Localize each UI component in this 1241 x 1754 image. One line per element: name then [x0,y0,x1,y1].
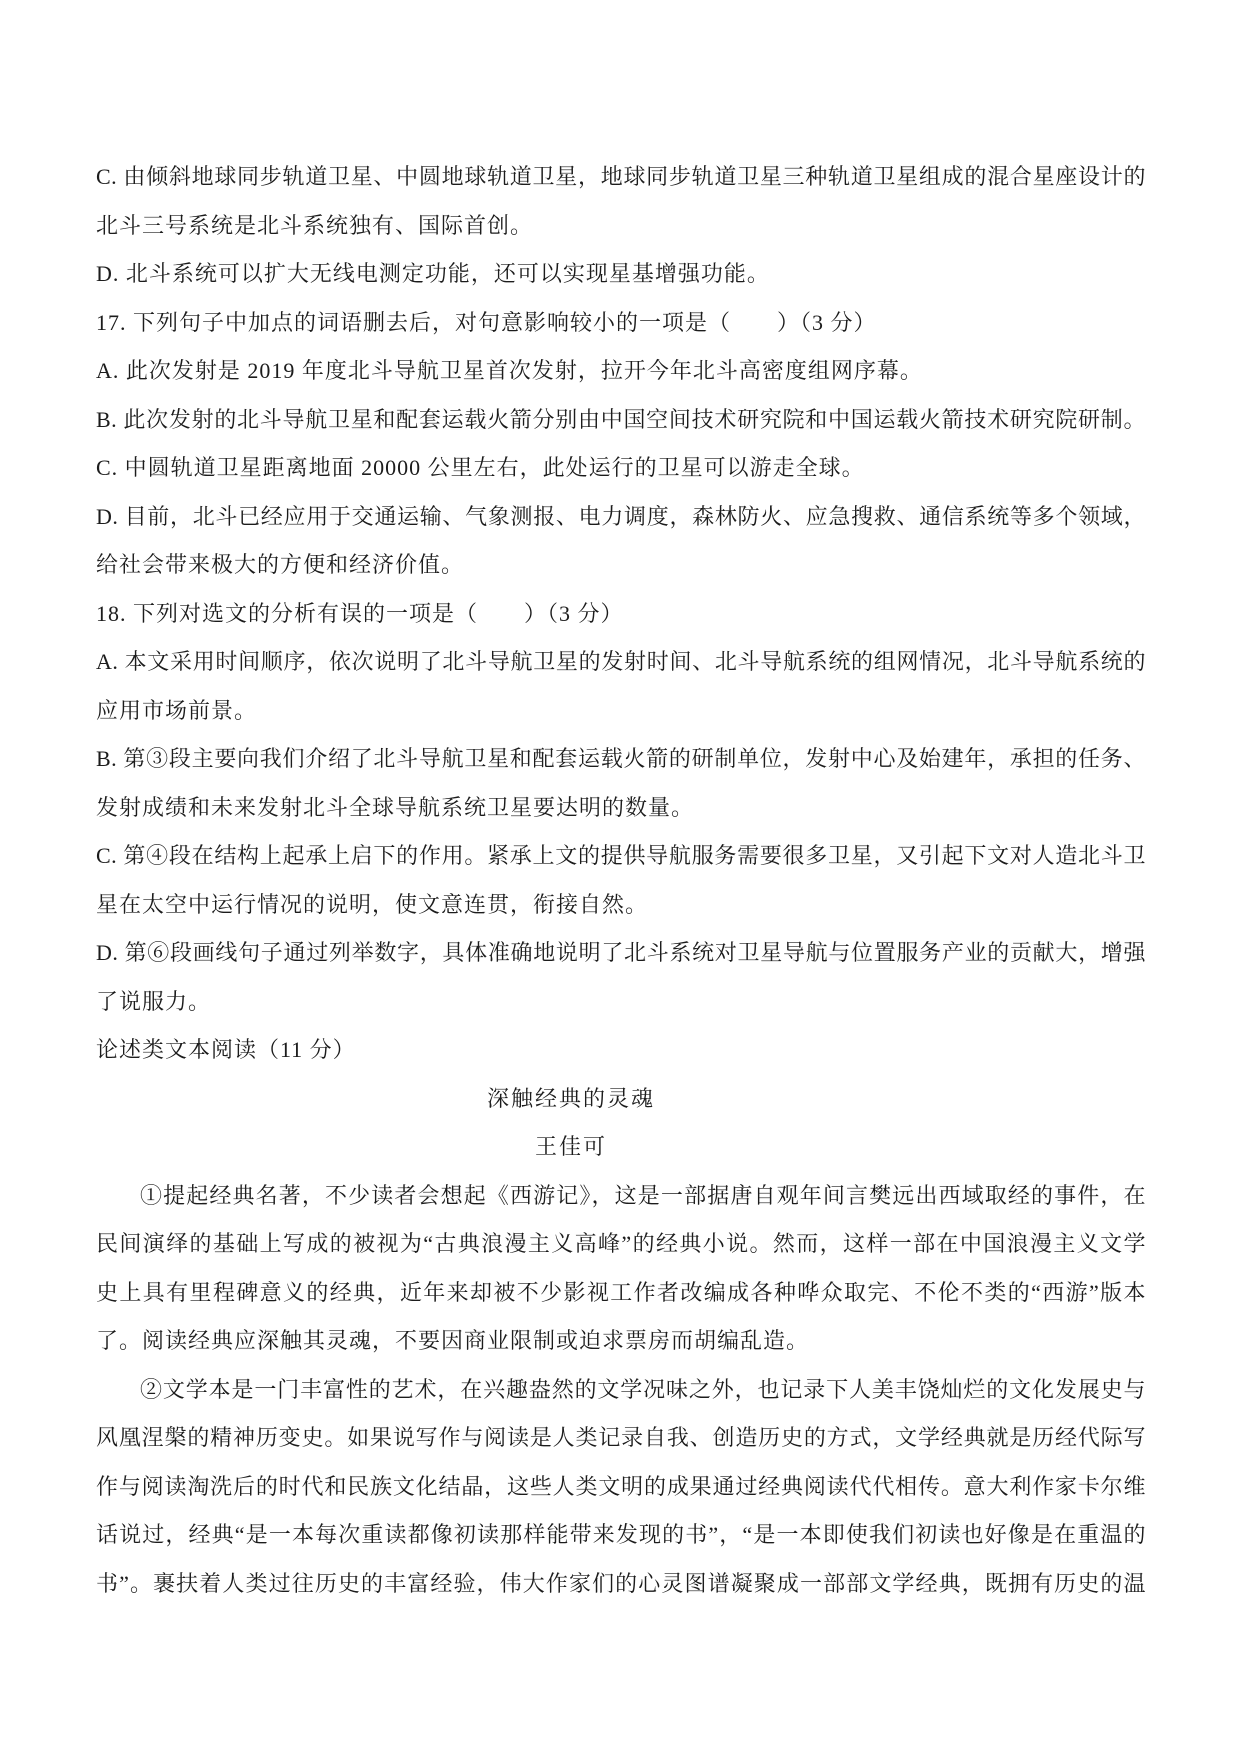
essay-para1-line-3: 史上具有里程碑意义的经典，近年来却被不少影视工作者改编成各种哗众取完、不伦不类的… [96,1269,1146,1318]
essay-para2-line-3: 作与阅读淘洗后的时代和民族文化结晶，这些人类文明的成果通过经典阅读代代相传。意大… [96,1463,1146,1512]
section-heading-essay-reading: 论述类文本阅读（11 分） [96,1026,1146,1075]
page-text-content: C. 由倾斜地球同步轨道卫星、中圆地球轨道卫星，地球同步轨道卫星三种轨道卫星组成… [96,153,1146,1608]
q17-option-a: A. 此次发射是 2019 年度北斗导航卫星首次发射，拉开今年北斗高密度组网序幕… [96,347,1146,396]
q18-option-a-line-1: A. 本文采用时间顺序，依次说明了北斗导航卫星的发射时间、北斗导航系统的组网情况… [96,638,1146,687]
question-17-stem: 17. 下列句子中加点的词语删去后，对句意影响较小的一项是（ ）（3 分） [96,299,1146,348]
q17-option-d-line-1: D. 目前，北斗已经应用于交通运输、气象测报、电力调度，森林防火、应急搜救、通信… [96,493,1146,542]
essay-title: 深触经典的灵魂 [96,1075,1146,1124]
essay-para2-line-2: 风凰涅槃的精神历变史。如果说写作与阅读是人类记录自我、创造历史的方式，文学经典就… [96,1414,1146,1463]
q18-option-a-line-2: 应用市场前景。 [96,687,1146,736]
essay-author: 王佳可 [96,1123,1146,1172]
essay-para2-line-1: ②文学本是一门丰富性的艺术，在兴趣盎然的文学况味之外，也记录下人美丰饶灿烂的文化… [96,1366,1146,1415]
question-18-stem: 18. 下列对选文的分析有误的一项是（ ）（3 分） [96,590,1146,639]
q17-option-b: B. 此次发射的北斗导航卫星和配套运载火箭分别由中国空间技术研究院和中国运载火箭… [96,396,1146,445]
essay-para1-line-4: 了。阅读经典应深触其灵魂，不要因商业限制或迫求票房而胡编乱造。 [96,1317,1146,1366]
q18-option-c-line-1: C. 第④段在结构上起承上启下的作用。紧承上文的提供导航服务需要很多卫星，又引起… [96,832,1146,881]
q18-option-c-line-2: 星在太空中运行情况的说明，使文意连贯，衔接自然。 [96,881,1146,930]
essay-para2-line-4: 话说过，经典“是一本每次重读都像初读那样能带来发现的书”，“是一本即使我们初读也… [96,1511,1146,1560]
q17-option-d-line-2: 给社会带来极大的方便和经济价值。 [96,541,1146,590]
option-d: D. 北斗系统可以扩大无线电测定功能，还可以实现星基增强功能。 [96,250,1146,299]
option-c-line-2: 北斗三号系统是北斗系统独有、国际首创。 [96,202,1146,251]
q18-option-b-line-2: 发射成绩和未来发射北斗全球导航系统卫星要达明的数量。 [96,784,1146,833]
q17-option-c: C. 中圆轨道卫星距离地面 20000 公里左右，此处运行的卫星可以游走全球。 [96,444,1146,493]
essay-para1-line-2: 民间演绎的基础上写成的被视为“古典浪漫主义高峰”的经典小说。然而，这样一部在中国… [96,1220,1146,1269]
q18-option-d-line-1: D. 第⑥段画线句子通过列举数字，具体准确地说明了北斗系统对卫星导航与位置服务产… [96,929,1146,978]
option-c-line-1: C. 由倾斜地球同步轨道卫星、中圆地球轨道卫星，地球同步轨道卫星三种轨道卫星组成… [96,153,1146,202]
q18-option-b-line-1: B. 第③段主要向我们介绍了北斗导航卫星和配套运载火箭的研制单位，发射中心及始建… [96,735,1146,784]
exam-document-page: C. 由倾斜地球同步轨道卫星、中圆地球轨道卫星，地球同步轨道卫星三种轨道卫星组成… [0,0,1241,1754]
essay-para2-line-5: 书”。裹扶着人类过往历史的丰富经验，伟大作家们的心灵图谱凝聚成一部部文学经典，既… [96,1560,1146,1609]
q18-option-d-line-2: 了说服力。 [96,978,1146,1027]
essay-para1-line-1: ①提起经典名著，不少读者会想起《西游记》，这是一部据唐自观年间言樊远出西域取经的… [96,1172,1146,1221]
